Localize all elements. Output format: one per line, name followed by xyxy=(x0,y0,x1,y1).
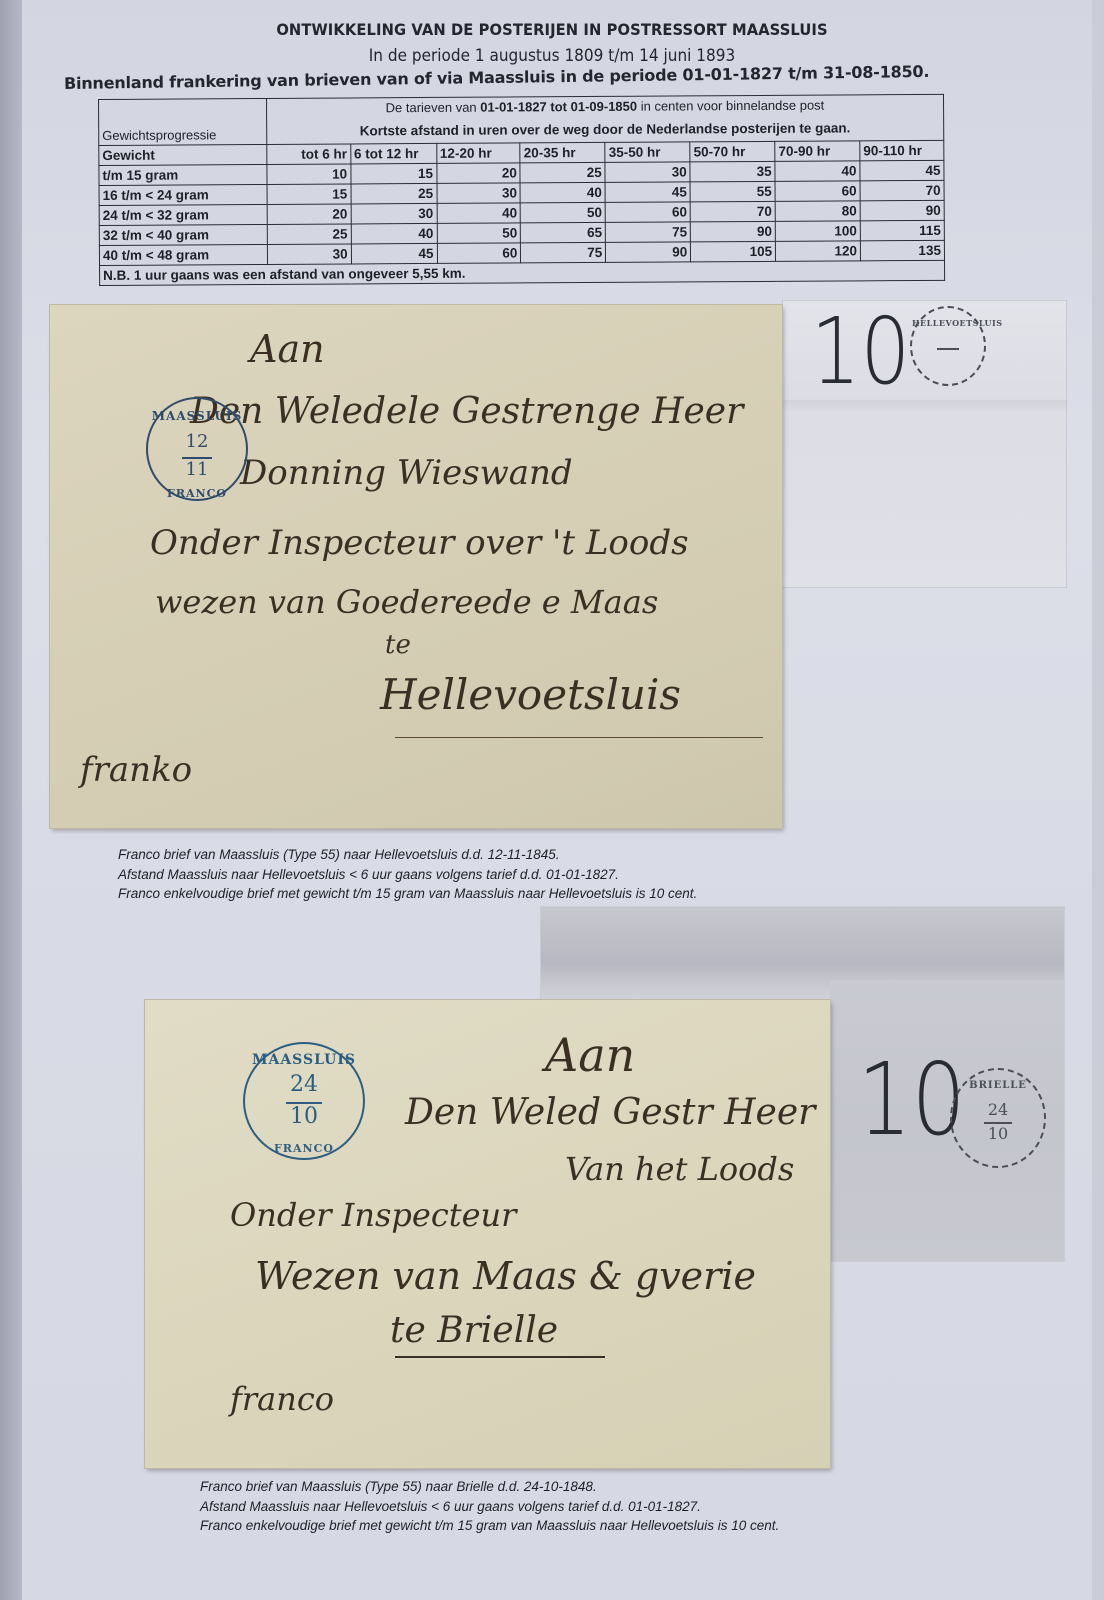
handwriting-line: te xyxy=(385,630,411,660)
rate-cell: 70 xyxy=(860,180,944,201)
arrival-postmark-town: BRIELLE xyxy=(952,1080,1044,1091)
weight-cell: 32 t/m < 40 gram xyxy=(99,224,267,245)
column-header: 35-50 hr xyxy=(605,142,690,163)
caption-line: Franco enkelvoudige brief met gewicht t/… xyxy=(200,1516,779,1536)
letter1-back-copy: 10 HELLEVOETSLUIS xyxy=(782,300,1067,588)
letter2-cover: Aan Den Weled Gestr Heer Van het Loods O… xyxy=(145,1000,830,1468)
caption-prefix: De tarieven van xyxy=(386,100,481,116)
handwriting-line: Onder Inspecteur over 't Loods xyxy=(150,523,689,563)
address-underline xyxy=(395,1356,605,1358)
rate-cell: 25 xyxy=(520,162,605,183)
rate-cell: 15 xyxy=(267,184,351,205)
letter2-caption: Franco brief van Maassluis (Type 55) naa… xyxy=(200,1477,779,1536)
postmark-town: MAASSLUIS xyxy=(148,409,246,423)
postmark-town: MAASSLUIS xyxy=(245,1052,363,1068)
column-header: 12-20 hr xyxy=(436,143,520,164)
caption-suffix: in centen voor binnelandse post xyxy=(637,98,824,114)
rate-cell: 45 xyxy=(860,160,944,181)
rate-cell: 65 xyxy=(521,222,606,243)
postmark-day: 24 xyxy=(245,1072,363,1097)
handwriting-line: te Brielle xyxy=(390,1310,558,1351)
weight-progression-header: Gewichtsprogressie xyxy=(99,98,267,145)
rate-cell: 15 xyxy=(351,163,437,184)
rate-cell: 25 xyxy=(267,224,351,245)
rate-cell: 35 xyxy=(690,161,775,182)
caption-line: Franco brief van Maassluis (Type 55) naa… xyxy=(118,845,697,865)
rate-cell: 40 xyxy=(351,223,437,244)
arrival-postmark: HELLEVOETSLUIS xyxy=(910,306,986,386)
letter1-caption: Franco brief van Maassluis (Type 55) naa… xyxy=(118,845,697,904)
postmark-month: 11 xyxy=(148,459,246,480)
rate-cell: 135 xyxy=(860,240,944,261)
weight-cell: 16 t/m < 24 gram xyxy=(99,184,267,205)
column-header: 70-90 hr xyxy=(775,141,860,162)
rate-cell: 30 xyxy=(437,183,521,204)
tariff-distance-caption: Kortste afstand in uren over de weg door… xyxy=(266,114,943,144)
rate-cell: 40 xyxy=(775,161,860,182)
rate-cell: 20 xyxy=(267,204,351,225)
postmark-bar xyxy=(937,348,959,350)
postmark-day: 12 xyxy=(148,431,246,452)
column-header: 50-70 hr xyxy=(690,141,775,162)
caption-to-date: 01-09-1850 xyxy=(571,99,638,114)
handwriting-line: Den Weled Gestr Heer xyxy=(405,1092,815,1133)
rate-cell: 75 xyxy=(606,222,691,243)
handwriting-line: Den Weledele Gestrenge Heer xyxy=(190,391,743,432)
caption-line: Franco enkelvoudige brief met gewicht t/… xyxy=(118,884,697,904)
tariff-table: Gewichtsprogressie De tarieven van 01-01… xyxy=(98,94,945,286)
rate-cell: 50 xyxy=(437,223,521,244)
rate-cell: 30 xyxy=(267,244,351,265)
page-title: ONTWIKKELING VAN DE POSTERIJEN IN POSTRE… xyxy=(44,20,1060,39)
weight-cell: 40 t/m < 48 gram xyxy=(99,244,267,265)
column-header: 6 tot 12 hr xyxy=(350,143,436,164)
caption-line: Franco brief van Maassluis (Type 55) naa… xyxy=(200,1477,779,1497)
rate-cell: 60 xyxy=(775,181,860,202)
handwriting-line: Hellevoetsluis xyxy=(380,670,681,719)
postmark-franco: FRANCO xyxy=(148,487,246,500)
handwriting-line: Aan xyxy=(545,1028,635,1082)
rate-cell: 120 xyxy=(776,241,861,262)
rate-cell: 70 xyxy=(690,201,775,222)
weight-cell: t/m 15 gram xyxy=(99,164,267,185)
postmark-franco: FRANCO xyxy=(245,1142,363,1155)
caption-line: Afstand Maassluis naar Hellevoetsluis < … xyxy=(200,1497,779,1517)
column-header: 90-110 hr xyxy=(860,140,944,161)
handwriting-line: Aan xyxy=(250,327,325,371)
arrival-postmark: BRIELLE 24 10 xyxy=(950,1068,1046,1168)
caption-mid: tot xyxy=(547,99,571,114)
letter1-cover: Aan Den Weledele Gestrenge Heer Donning … xyxy=(50,305,782,828)
rate-cell: 90 xyxy=(860,200,944,221)
rate-cell: 25 xyxy=(351,183,437,204)
rate-cell: 50 xyxy=(521,202,606,223)
rate-cell: 55 xyxy=(690,181,775,202)
rate-cell: 10 xyxy=(267,164,351,185)
handwriting-line: Onder Inspecteur xyxy=(230,1196,516,1234)
rate-cell: 40 xyxy=(520,182,605,203)
rate-cell: 75 xyxy=(521,242,606,263)
departure-postmark: MAASSLUIS 12 11 FRANCO xyxy=(146,397,248,501)
rate-cell: 90 xyxy=(606,242,691,263)
column-header: 20-35 hr xyxy=(520,142,605,163)
rate-cell: 20 xyxy=(436,163,520,184)
rate-cell: 115 xyxy=(860,220,944,241)
column-header: tot 6 hr xyxy=(267,144,351,165)
rate-cell: 60 xyxy=(605,202,690,223)
arrival-postmark-month: 10 xyxy=(952,1124,1044,1143)
address-underline xyxy=(395,737,763,738)
rate-cell: 80 xyxy=(775,201,860,222)
postmark-month: 10 xyxy=(245,1104,363,1129)
handwriting-line: Wezen van Maas & gverie xyxy=(255,1254,756,1298)
rate-cell: 105 xyxy=(691,241,776,262)
rate-cell: 30 xyxy=(605,162,690,183)
rate-cell: 30 xyxy=(351,203,437,224)
rate-cell: 40 xyxy=(437,203,521,224)
rate-mark-10: 10 xyxy=(811,306,911,398)
rate-cell: 90 xyxy=(691,221,776,242)
handwriting-line: wezen van Goedereede e Maas xyxy=(155,583,658,621)
letter2-back-copy: 10 BRIELLE 24 10 xyxy=(830,980,1065,1262)
rate-mark-10: 10 xyxy=(858,1050,966,1150)
handwriting-franko: franko xyxy=(80,750,192,790)
rate-cell: 45 xyxy=(605,182,690,203)
handwriting-line: Van het Loods xyxy=(565,1150,794,1188)
handwriting-line: Donning Wieswand xyxy=(240,453,573,493)
caption-line: Afstand Maassluis naar Hellevoetsluis < … xyxy=(118,865,697,885)
arrival-postmark-town: HELLEVOETSLUIS xyxy=(912,318,984,328)
rate-cell: 60 xyxy=(437,243,521,264)
rate-cell: 45 xyxy=(351,243,437,264)
handwriting-franco: franco xyxy=(230,1380,334,1418)
rate-cell: 100 xyxy=(775,221,860,242)
weight-cell: 24 t/m < 32 gram xyxy=(99,204,267,225)
weight-column-header: Gewicht xyxy=(99,144,267,165)
caption-from-date: 01-01-1827 xyxy=(480,100,547,115)
arrival-postmark-day: 24 xyxy=(952,1100,1044,1119)
departure-postmark: MAASSLUIS 24 10 FRANCO xyxy=(243,1042,365,1160)
tariff-table-container: Gewichtsprogressie De tarieven van 01-01… xyxy=(98,94,945,286)
